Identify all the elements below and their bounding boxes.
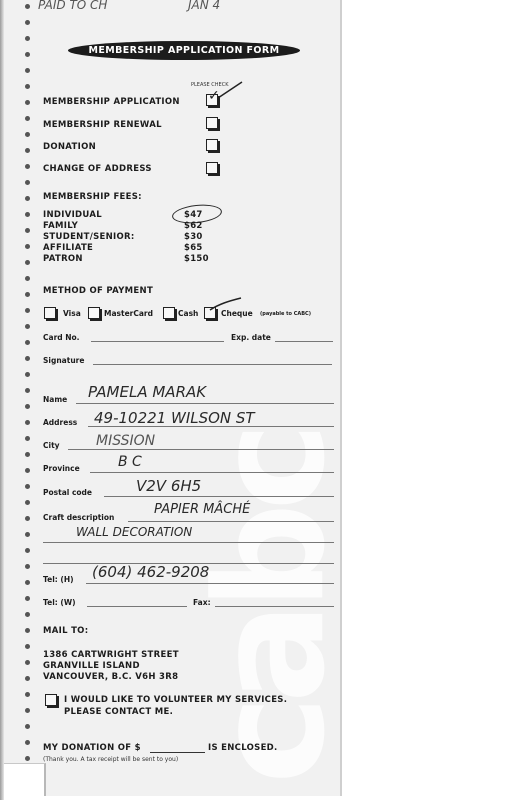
check-stroke-icon xyxy=(216,80,244,100)
craft-description-value: PAPIER MÂCHÉ xyxy=(154,502,250,517)
craft-description-field[interactable] xyxy=(128,521,334,522)
donation-suffix: IS ENCLOSED. xyxy=(208,743,278,753)
city-label: City xyxy=(43,441,60,450)
fee-label-affiliate: AFFILIATE xyxy=(43,243,93,253)
address-label: Address xyxy=(43,418,77,427)
cash-checkbox[interactable] xyxy=(163,307,175,319)
membership-renewal-label: MEMBERSHIP RENEWAL xyxy=(43,120,162,130)
mastercard-label: MasterCard xyxy=(104,309,153,318)
membership-application-label: MEMBERSHIP APPLICATION xyxy=(43,97,180,107)
volunteer-label-line-2: PLEASE CONTACT ME. xyxy=(64,707,173,717)
form-title: MEMBERSHIP APPLICATION FORM xyxy=(89,45,280,56)
postal-code-field[interactable] xyxy=(104,496,334,497)
change-of-address-checkbox[interactable] xyxy=(206,162,218,174)
tel-home-value: (604) 462-9208 xyxy=(92,563,209,581)
volunteer-label-line-1: I WOULD LIKE TO VOLUNTEER MY SERVICES. xyxy=(64,695,287,705)
expiry-date-field[interactable] xyxy=(275,341,333,342)
fee-amount-student-senior: $30 xyxy=(184,232,203,242)
change-of-address-label: CHANGE OF ADDRESS xyxy=(43,164,152,174)
fee-amount-family: $62 xyxy=(184,221,203,231)
mail-to-heading: MAIL TO: xyxy=(43,626,88,636)
mail-address-line-2: GRANVILLE ISLAND xyxy=(43,661,140,671)
membership-renewal-checkbox[interactable] xyxy=(206,117,218,129)
tel-work-label: Tel: (W) xyxy=(43,598,76,607)
mail-address-line-3: VANCOUVER, B.C. V6H 3R8 xyxy=(43,672,178,682)
donation-prefix: MY DONATION OF $ xyxy=(43,743,141,753)
visa-checkbox[interactable] xyxy=(44,307,56,319)
craft-description-value-2: WALL DECORATION xyxy=(76,525,192,539)
binding-holes xyxy=(25,4,31,774)
fee-amount-affiliate: $65 xyxy=(184,243,203,253)
tax-receipt-note: (Thank you. A tax receipt will be sent t… xyxy=(43,756,178,763)
province-field[interactable] xyxy=(90,472,334,473)
fax-label: Fax: xyxy=(193,598,211,607)
cheque-label: Cheque xyxy=(221,309,253,318)
expiry-date-label: Exp. date xyxy=(231,333,271,342)
fee-label-student-senior: STUDENT/SENIOR: xyxy=(43,232,135,242)
cabc-watermark: cabc xyxy=(224,370,342,790)
mastercard-checkbox[interactable] xyxy=(88,307,100,319)
visa-label: Visa xyxy=(63,309,81,318)
volunteer-checkbox[interactable] xyxy=(45,694,57,706)
mail-address-line-1: 1386 CARTWRIGHT STREET xyxy=(43,650,179,660)
card-number-label: Card No. xyxy=(43,333,80,342)
torn-corner xyxy=(4,763,46,796)
cash-label: Cash xyxy=(178,309,198,318)
fee-label-individual: INDIVIDUAL xyxy=(43,210,102,220)
postal-code-label: Postal code xyxy=(43,488,92,497)
membership-fees-heading: MEMBERSHIP FEES: xyxy=(43,192,142,202)
donation-checkbox[interactable] xyxy=(206,139,218,151)
fee-label-family: FAMILY xyxy=(43,221,78,231)
donation-amount-field[interactable] xyxy=(150,752,205,753)
tel-home-label: Tel: (H) xyxy=(43,575,74,584)
handwritten-paid-note: PAID TO CH xyxy=(38,0,107,12)
craft-description-label: Craft description xyxy=(43,513,114,522)
cheque-payable-note: (payable to CABC) xyxy=(260,311,311,317)
card-number-field[interactable] xyxy=(91,341,224,342)
postal-code-value: V2V 6H5 xyxy=(136,477,201,495)
city-value: MISSION xyxy=(96,433,155,449)
city-field[interactable] xyxy=(68,449,334,450)
name-value: PAMELA MARAK xyxy=(88,383,206,401)
address-value: 49-10221 WILSON ST xyxy=(94,409,255,427)
fax-field[interactable] xyxy=(215,606,334,607)
tel-home-field[interactable] xyxy=(86,583,334,584)
name-field[interactable] xyxy=(76,403,334,404)
province-value: B C xyxy=(118,454,142,470)
fee-label-patron: PATRON xyxy=(43,254,83,264)
form-title-banner: MEMBERSHIP APPLICATION FORM xyxy=(68,41,300,60)
signature-label: Signature xyxy=(43,356,84,365)
signature-field[interactable] xyxy=(93,364,332,365)
handwritten-date-note: JAN 4 xyxy=(188,0,220,12)
craft-description-line-2[interactable] xyxy=(43,542,334,543)
name-label: Name xyxy=(43,395,67,404)
province-label: Province xyxy=(43,464,80,473)
membership-form: cabc PAID TO CH JAN 4 MEMBERSHIP APPLICA… xyxy=(4,0,342,796)
fee-amount-patron: $150 xyxy=(184,254,209,264)
method-of-payment-heading: METHOD OF PAYMENT xyxy=(43,286,153,296)
tel-work-field[interactable] xyxy=(87,606,187,607)
donation-label: DONATION xyxy=(43,142,96,152)
